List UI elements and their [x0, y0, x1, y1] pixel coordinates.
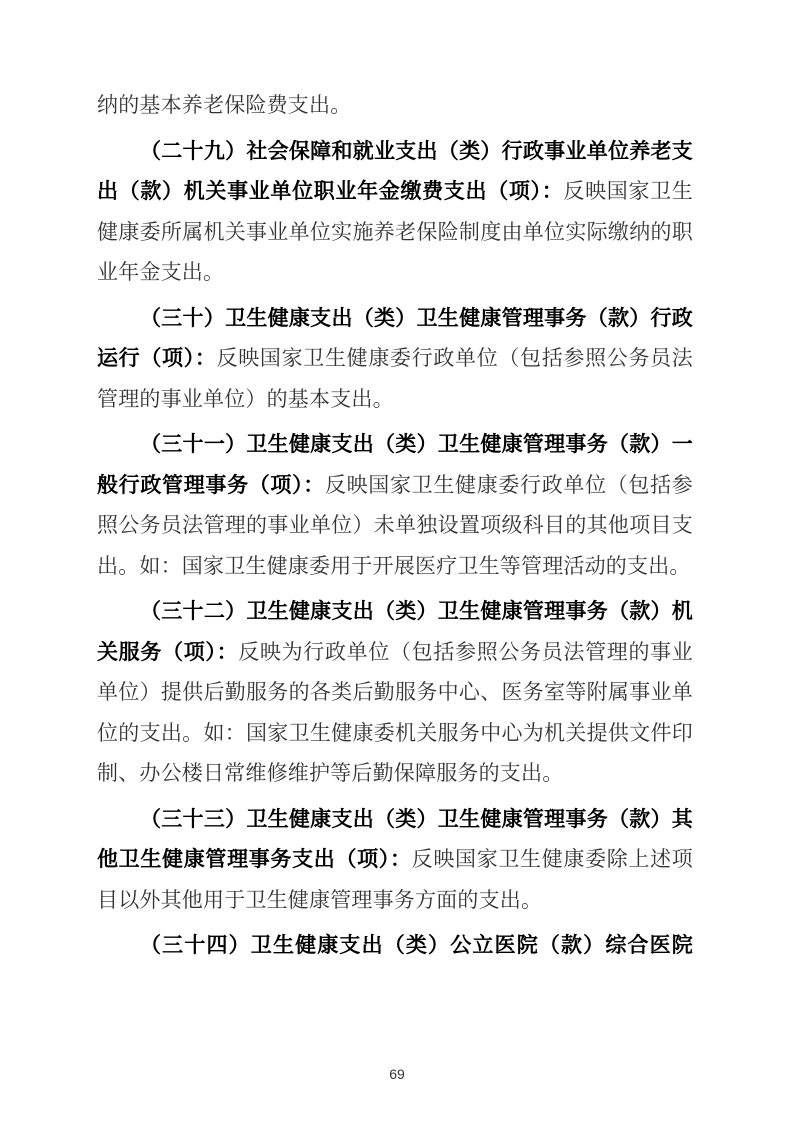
paragraph-item-31: （三十一）卫生健康支出（类）卫生健康管理事务（款）一般行政管理事务（项）：反映国…: [97, 424, 693, 586]
document-page: 纳的基本养老保险费支出。 （二十九）社会保障和就业支出（类）行政事业单位养老支出…: [0, 0, 794, 1123]
paragraph-item-32: （三十二）卫生健康支出（类）卫生健康管理事务（款）机关服务（项）：反映为行政单位…: [97, 591, 693, 794]
paragraph-item-33: （三十三）卫生健康支出（类）卫生健康管理事务（款）其他卫生健康管理事务支出（项）…: [97, 799, 693, 921]
document-body: 纳的基本养老保险费支出。 （二十九）社会保障和就业支出（类）行政事业单位养老支出…: [97, 85, 693, 966]
paragraph-item-34: （三十四）卫生健康支出（类）公立医院（款）综合医院: [97, 925, 693, 966]
paragraph-item-29: （二十九）社会保障和就业支出（类）行政事业单位养老支出（款）机关事业单位职业年金…: [97, 131, 693, 293]
paragraph-continuation: 纳的基本养老保险费支出。: [97, 85, 693, 126]
paragraph-text: 纳的基本养老保险费支出。: [97, 93, 351, 117]
page-footer: 69: [0, 1066, 794, 1084]
paragraph-item-30: （三十）卫生健康支出（类）卫生健康管理事务（款）行政运行（项）：反映国家卫生健康…: [97, 298, 693, 420]
page-number: 69: [389, 1066, 405, 1082]
paragraph-heading: （三十四）卫生健康支出（类）公立医院（款）综合医院: [140, 933, 693, 957]
